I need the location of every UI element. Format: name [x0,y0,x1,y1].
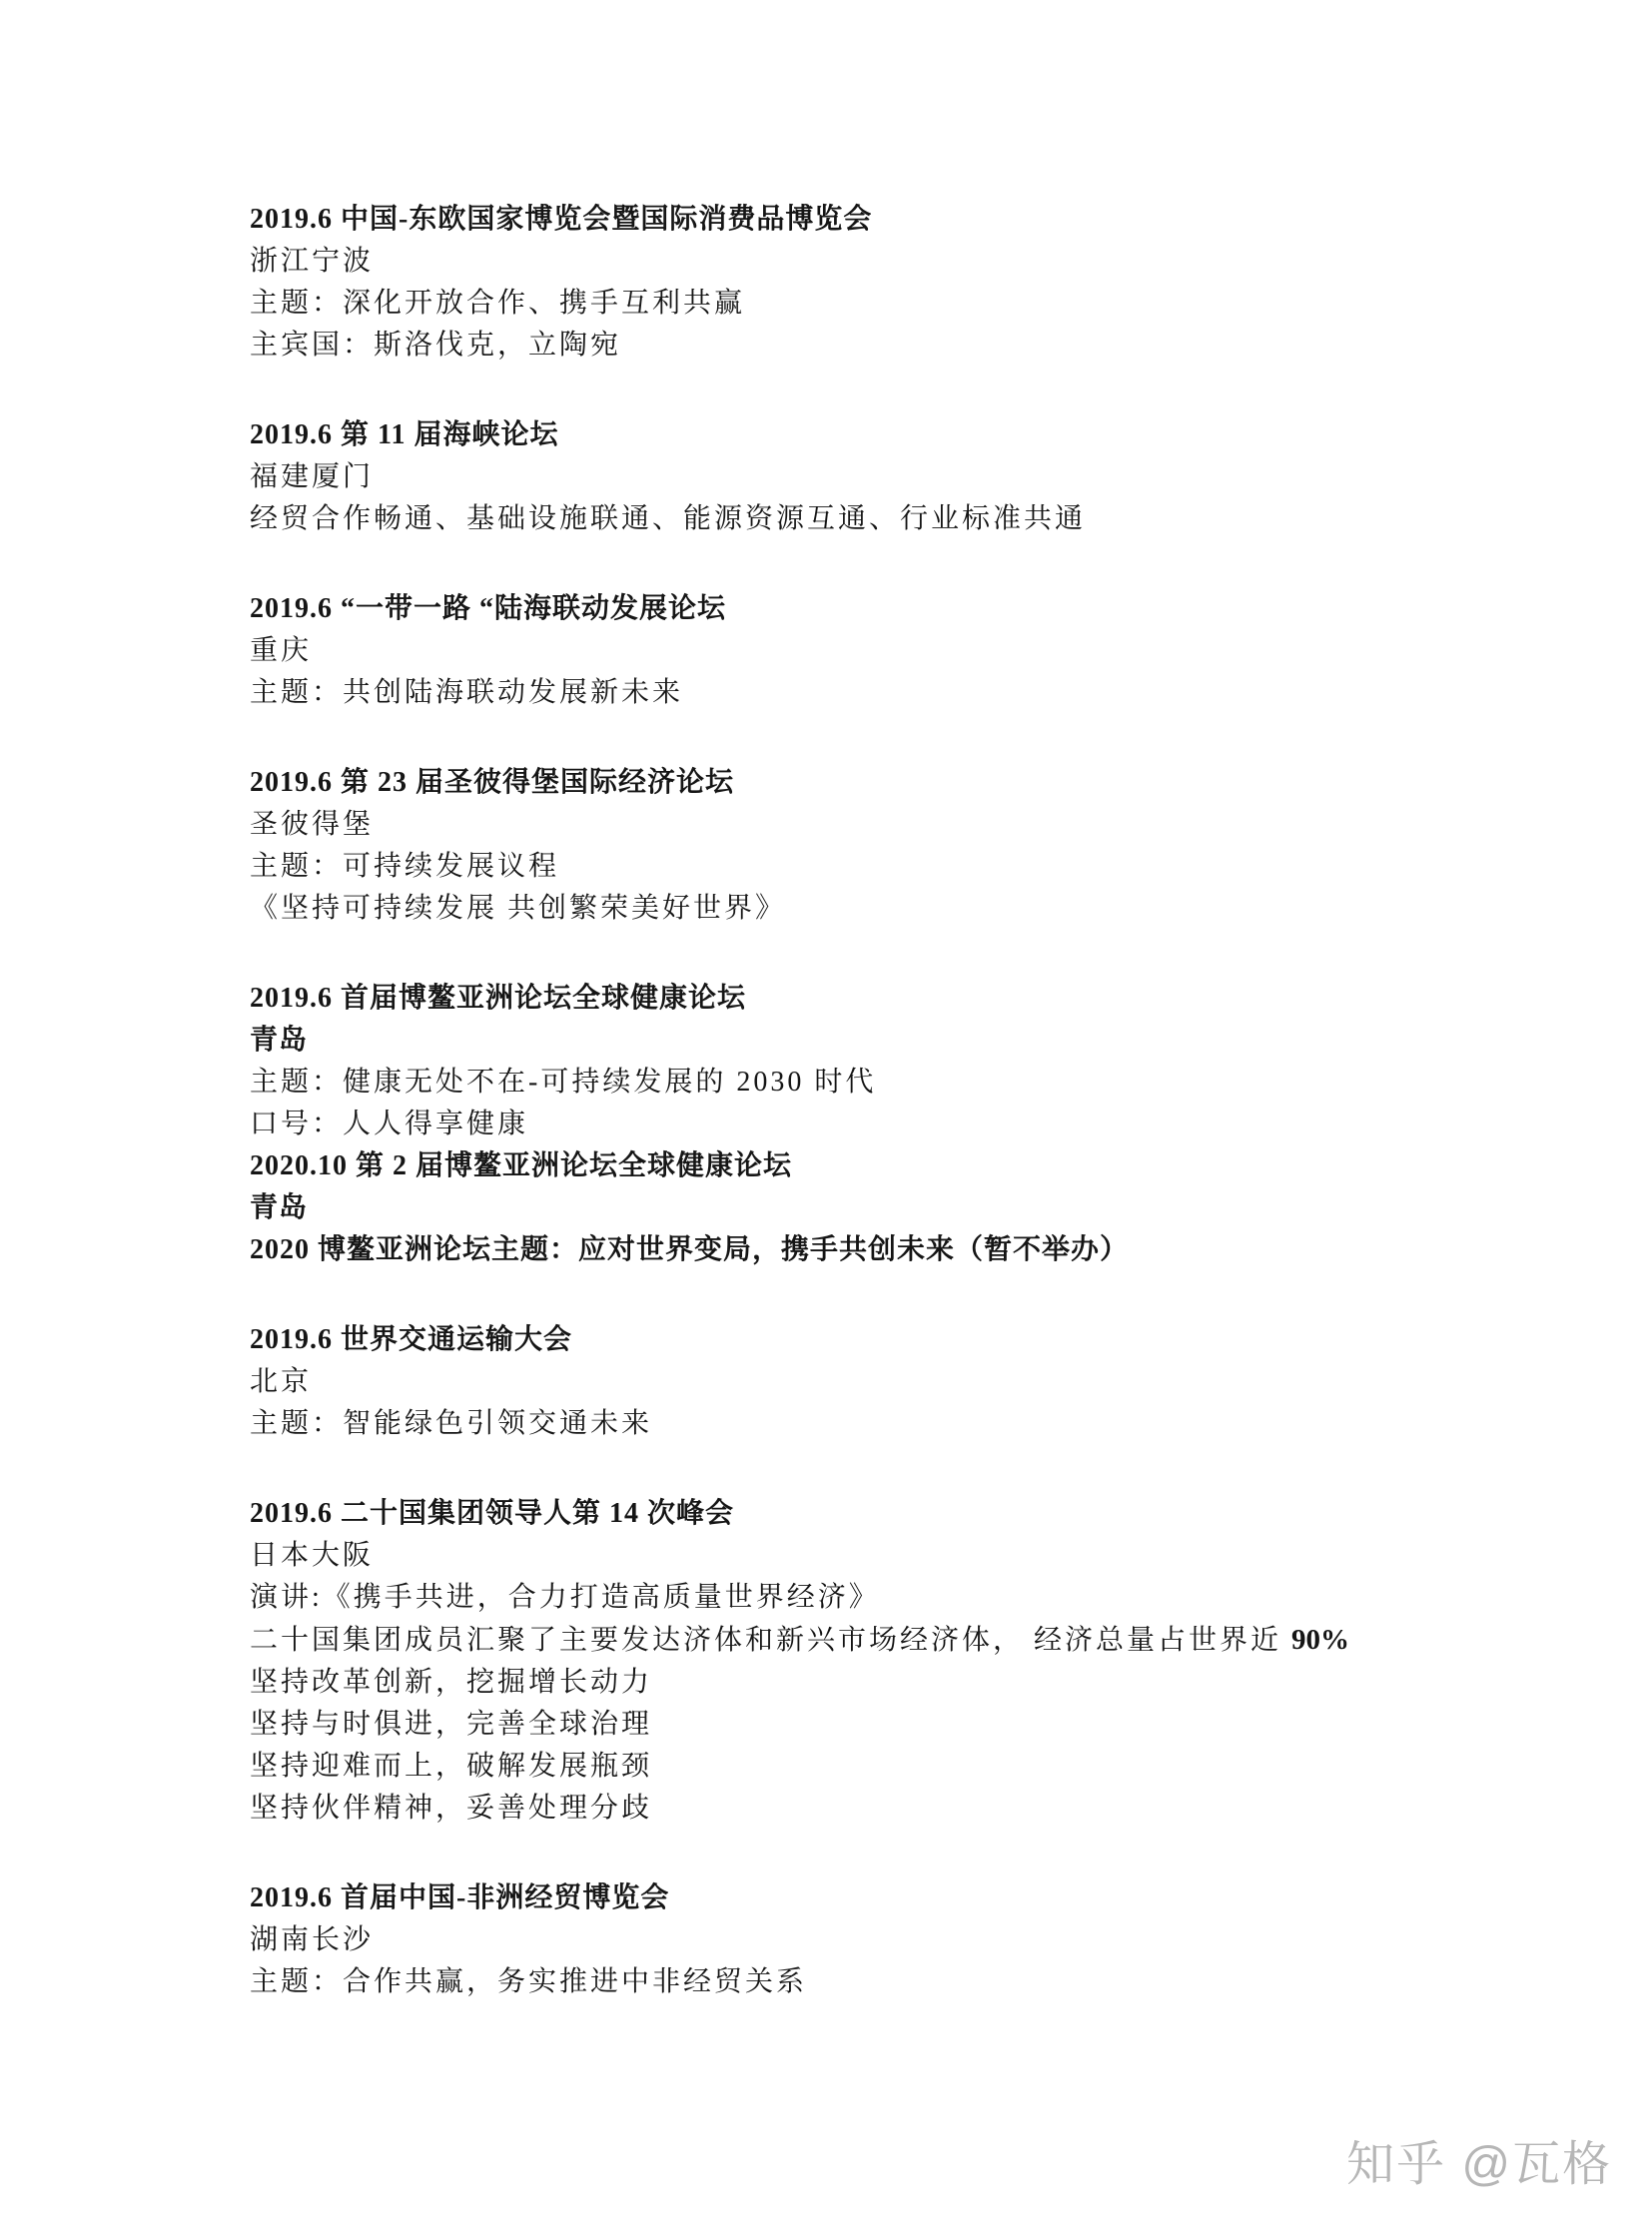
event-theme: 主题：深化开放合作、携手互利共赢 [250,283,1458,325]
event-detail: 坚持伙伴精神，妥善处理分歧 [250,1788,1458,1830]
event-section-3: 2019.6 “一带一路 “陆海联动发展论坛 重庆 主题：共创陆海联动发展新未来 [250,588,1458,714]
event-speech: 演讲:《携手共进，合力打造高质量世界经济》 [250,1577,1458,1619]
event-detail: 二十国集团成员汇聚了主要发达济体和新兴市场经济体， 经济总量占世界近 90% [250,1619,1458,1662]
event-title: 2019.6 世界交通运输大会 [250,1319,1458,1361]
event-theme: 主题：智能绿色引领交通未来 [250,1403,1458,1445]
event-detail: 经贸合作畅通、基础设施联通、能源资源互通、行业标准共通 [250,498,1458,540]
event-location: 青岛 [250,1020,1458,1062]
event-title: 2019.6 第 11 届海峡论坛 [250,414,1458,456]
event-title: 2019.6 二十国集团领导人第 14 次峰会 [250,1493,1458,1535]
event-section-4: 2019.6 第 23 届圣彼得堡国际经济论坛 圣彼得堡 主题：可持续发展议程 … [250,762,1458,930]
event-section-1: 2019.6 中国-东欧国家博览会暨国际消费品博览会 浙江宁波 主题：深化开放合… [250,199,1458,367]
event-slogan: 《坚持可持续发展 共创繁荣美好世界》 [250,888,1458,930]
event-detail: 坚持改革创新，挖掘增长动力 [250,1662,1458,1704]
event-section-6: 2019.6 世界交通运输大会 北京 主题：智能绿色引领交通未来 [250,1319,1458,1445]
event-title: 2019.6 中国-东欧国家博览会暨国际消费品博览会 [250,199,1458,241]
event-theme: 主题：健康无处不在-可持续发展的 2030 时代 [250,1062,1458,1104]
event-detail: 坚持与时俱进，完善全球治理 [250,1704,1458,1746]
zhihu-watermark: 知乎 @瓦格 [1346,2139,1612,2191]
event-location: 圣彼得堡 [250,804,1458,846]
event-theme: 主题：可持续发展议程 [250,846,1458,888]
g20-stat-percentage: 90% [1291,1624,1349,1656]
event-location: 福建厦门 [250,456,1458,498]
event-section-7: 2019.6 二十国集团领导人第 14 次峰会 日本大阪 演讲:《携手共进，合力… [250,1493,1458,1830]
event-title: 2019.6 首届中国-非洲经贸博览会 [250,1877,1458,1919]
event-location: 湖南长沙 [250,1919,1458,1961]
event-section-8: 2019.6 首届中国-非洲经贸博览会 湖南长沙 主题：合作共赢，务实推进中非经… [250,1877,1458,2003]
event-location: 北京 [250,1361,1458,1403]
event-theme: 主题：合作共赢，务实推进中非经贸关系 [250,1961,1458,2003]
event-theme: 主题：共创陆海联动发展新未来 [250,672,1458,714]
event-location: 重庆 [250,630,1458,672]
event-title: 2019.6 第 23 届圣彼得堡国际经济论坛 [250,762,1458,804]
event-location: 日本大阪 [250,1535,1458,1577]
event-slogan: 口号：人人得享健康 [250,1104,1458,1145]
event-section-5: 2019.6 首届博鳌亚洲论坛全球健康论坛 青岛 主题：健康无处不在-可持续发展… [250,978,1458,1271]
event-location: 青岛 [250,1187,1458,1229]
event-theme: 2020 博鳌亚洲论坛主题：应对世界变局，携手共创未来（暂不举办） [250,1229,1458,1271]
event-title: 2019.6 “一带一路 “陆海联动发展论坛 [250,588,1458,630]
event-guest-countries: 主宾国：斯洛伐克，立陶宛 [250,325,1458,367]
event-location: 浙江宁波 [250,241,1458,283]
g20-stat-text: 二十国集团成员汇聚了主要发达济体和新兴市场经济体， 经济总量占世界近 [250,1625,1291,1656]
event-title: 2019.6 首届博鳌亚洲论坛全球健康论坛 [250,978,1458,1020]
event-section-2: 2019.6 第 11 届海峡论坛 福建厦门 经贸合作畅通、基础设施联通、能源资… [250,414,1458,540]
event-detail: 坚持迎难而上，破解发展瓶颈 [250,1746,1458,1788]
event-subtitle: 2020.10 第 2 届博鳌亚洲论坛全球健康论坛 [250,1145,1458,1187]
event-list: 2019.6 中国-东欧国家博览会暨国际消费品博览会 浙江宁波 主题：深化开放合… [250,199,1458,2051]
